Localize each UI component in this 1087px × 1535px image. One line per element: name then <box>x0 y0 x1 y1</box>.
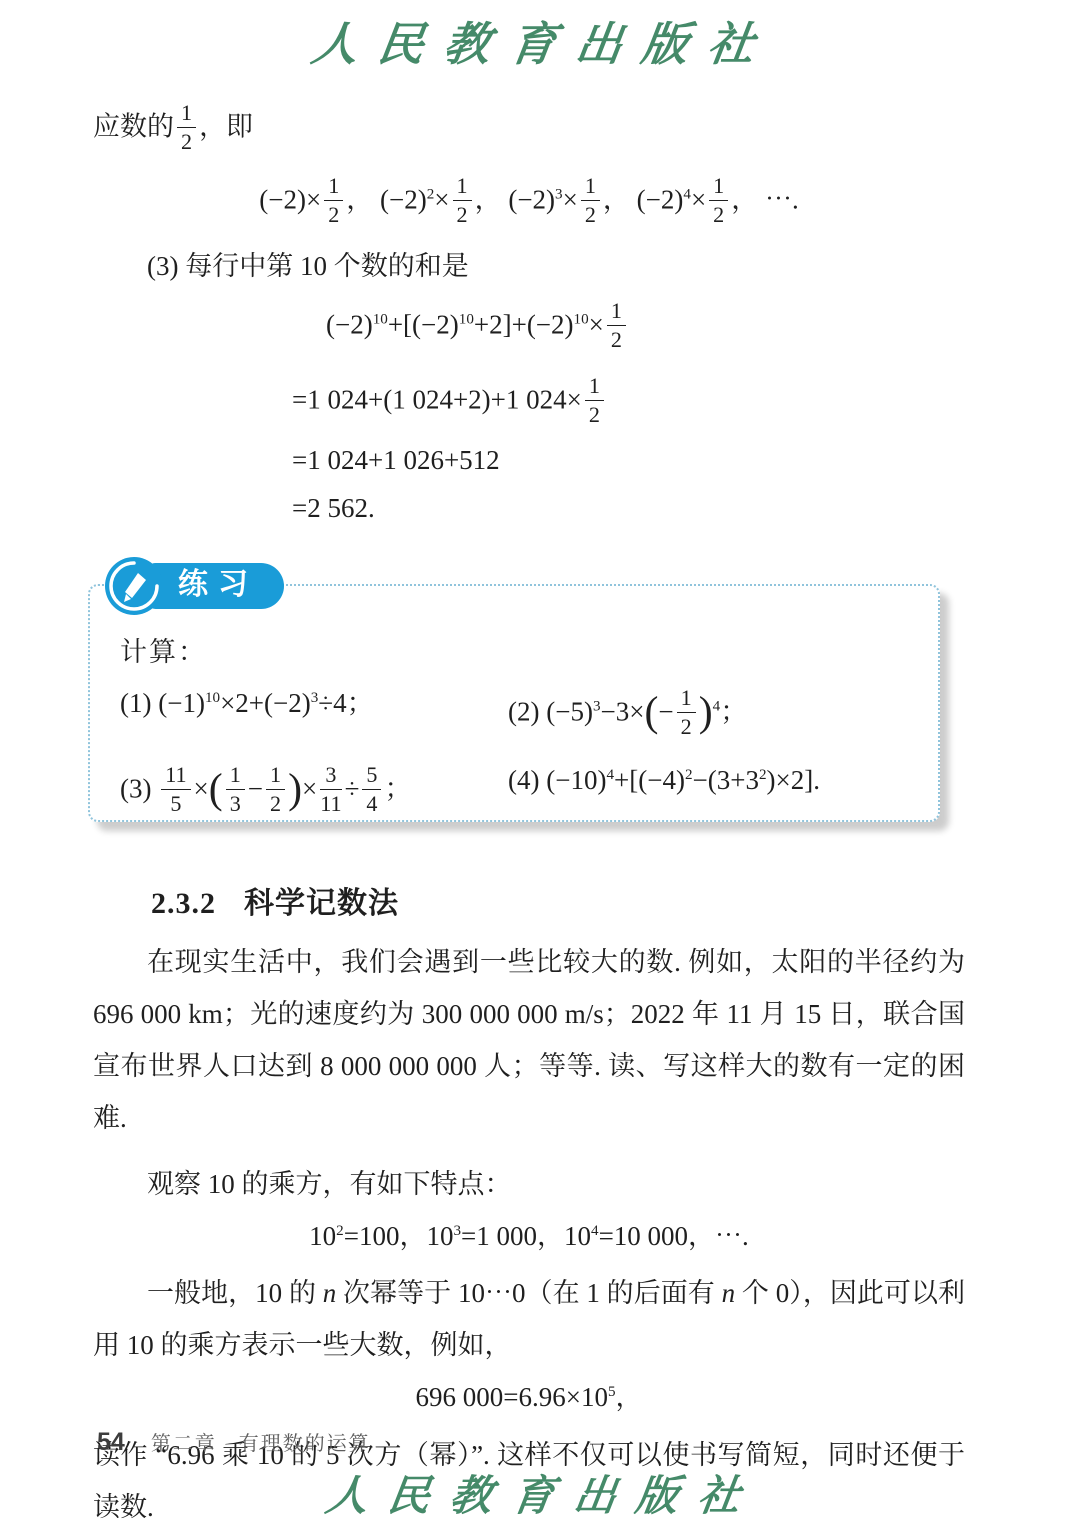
paragraph-observe-powers: 观察 10 的乘方，有如下特点： <box>93 1158 965 1210</box>
math-text: (−2)× <box>259 185 321 215</box>
math-text: (4) (−10) <box>508 765 606 795</box>
practice-item-4: (4) (−10)4+[(−4)2−(3+32)×2]. <box>508 764 938 815</box>
italic-var: n <box>323 1278 337 1308</box>
math-text: ×2+(−2) <box>220 688 311 718</box>
math-text: (−2) <box>326 309 373 339</box>
exponent: 10 <box>205 690 220 706</box>
math-text: (2) (−5) <box>508 696 593 726</box>
equation-line-1: (−2)10+[(−2)10+2]+(−2)10×12 <box>292 300 965 351</box>
fraction: 12 <box>607 300 626 351</box>
math-text: − <box>658 696 673 726</box>
fraction: 54 <box>362 764 381 815</box>
exponent: 3 <box>555 187 563 203</box>
math-text: ， (−2) <box>475 185 555 215</box>
math-text: =100，10 <box>344 1221 454 1251</box>
big-paren: ) <box>699 689 713 735</box>
chapter-title: 第二章 有理数的运算 <box>151 1427 371 1456</box>
math-text: 应数的 <box>93 111 174 141</box>
fraction: 12 <box>709 175 728 226</box>
fraction: 12 <box>585 375 604 426</box>
math-text: ； <box>384 773 411 803</box>
math-text: =1 000，10 <box>461 1221 591 1251</box>
practice-item-3: (3) 115×(13−12)×311÷54； <box>120 764 508 815</box>
pencil-in-circle-icon <box>104 556 164 616</box>
math-text: 一般地，10 的 <box>147 1278 323 1308</box>
math-text: × <box>194 773 209 803</box>
fraction: 12 <box>266 764 285 815</box>
big-paren: ) <box>288 766 302 812</box>
big-paren: ( <box>644 689 658 735</box>
practice-item-1: (1) (−1)10×2+(−2)3÷4； <box>120 687 508 738</box>
math-text: ； <box>720 696 747 726</box>
math-text: × <box>302 773 317 803</box>
math-text: (1) (−1) <box>120 688 205 718</box>
exponent: 2 <box>336 1223 344 1239</box>
math-text: 696 000=6.96×10 <box>415 1382 607 1412</box>
page-footer: 54 第二章 有理数的运算 <box>97 1427 371 1457</box>
exponent: 2 <box>759 767 767 783</box>
math-text: ， (−2) <box>603 185 683 215</box>
math-text: =1 024+(1 024+2)+1 024× <box>292 384 582 414</box>
practice-prompt: 计算： <box>120 630 938 669</box>
big-paren: ( <box>209 766 223 812</box>
practice-box: 练习 计算： (1) (−1)10×2+(−2)3÷4； (2) (−5)3−3… <box>88 584 940 822</box>
math-text: +[(−2) <box>388 309 459 339</box>
exponent: 4 <box>683 187 691 203</box>
section-heading: 2.3.2科学记数法 <box>151 878 965 922</box>
math-text: × <box>589 309 604 339</box>
fraction: 12 <box>677 687 696 738</box>
math-text: (3) <box>120 773 158 803</box>
math-text: ， ⋯. <box>731 185 799 215</box>
exponent: 4 <box>606 767 614 783</box>
math-text: 次幂等于 10⋯0（在 1 的后面有 <box>336 1278 721 1308</box>
math-text: −3× <box>601 696 645 726</box>
exponent: 10 <box>574 311 589 327</box>
equation-line-3: =1 024+1 026+512 <box>292 444 965 478</box>
math-text: ，即 <box>199 111 253 141</box>
math-text: ， (−2) <box>346 185 426 215</box>
exponent: 2 <box>685 767 693 783</box>
paragraph-large-numbers: 在现实生活中，我们会遇到一些比较大的数. 例如，太阳的半径约为 696 000 … <box>93 936 965 1144</box>
practice-items: (1) (−1)10×2+(−2)3÷4； (2) (−5)3−3×(−12)4… <box>120 687 938 816</box>
page-content: 应数的12，即 (−2)×12， (−2)2×12， (−2)3×12， (−2… <box>93 102 965 1533</box>
equation-line-2: =1 024+(1 024+2)+1 024×12 <box>292 375 965 426</box>
math-text: +2]+(−2) <box>474 309 574 339</box>
math-text: × <box>563 185 578 215</box>
math-text: × <box>434 185 449 215</box>
scientific-notation-formula: 696 000=6.96×105， <box>93 1381 965 1415</box>
exponent: 5 <box>608 1384 616 1400</box>
math-text: × <box>691 185 706 215</box>
fraction: 12 <box>453 175 472 226</box>
italic-var: n <box>722 1278 736 1308</box>
intro-line: 应数的12，即 <box>93 102 965 153</box>
math-text: ÷4； <box>318 688 373 718</box>
section-number: 2.3.2 <box>151 887 216 920</box>
math-text: −(3+3 <box>693 765 759 795</box>
sequence-line: (−2)×12， (−2)2×12， (−2)3×12， (−2)4×12， ⋯… <box>93 175 965 226</box>
exponent: 10 <box>459 311 474 327</box>
practice-badge-label: 练习 <box>146 563 284 609</box>
solution-equations: (−2)10+[(−2)10+2]+(−2)10×12 =1 024+(1 02… <box>292 300 965 526</box>
page-number: 54 <box>97 1428 125 1457</box>
math-text: ÷ <box>345 773 360 803</box>
paragraph-general-rule: 一般地，10 的 n 次幂等于 10⋯0（在 1 的后面有 n 个 0），因此可… <box>93 1267 965 1371</box>
math-text: =10 000，⋯. <box>599 1221 749 1251</box>
math-text: +[(−4) <box>614 765 685 795</box>
exponent: 3 <box>453 1223 461 1239</box>
publisher-watermark-bottom: 人民教育出版社 <box>0 1463 1087 1523</box>
math-text: 10 <box>309 1221 336 1251</box>
fraction: 13 <box>226 764 245 815</box>
equation-line-4: =2 562. <box>292 492 965 526</box>
textbook-page: 人民教育出版社 应数的12，即 (−2)×12， (−2)2×12， (−2)3… <box>0 0 1087 1535</box>
exponent: 3 <box>593 698 601 714</box>
exponent: 4 <box>591 1223 599 1239</box>
powers-of-ten-line: 102=100，103=1 000，104=10 000，⋯. <box>93 1220 965 1254</box>
fraction: 12 <box>324 175 343 226</box>
exponent: 10 <box>373 311 388 327</box>
publisher-watermark-top: 人民教育出版社 <box>0 8 1087 74</box>
fraction: 12 <box>177 102 196 153</box>
math-text: ， <box>616 1382 643 1412</box>
math-text: )×2]. <box>767 765 820 795</box>
fraction: 12 <box>581 175 600 226</box>
item-3-label: (3) 每行中第 10 个数的和是 <box>93 249 965 284</box>
practice-item-2: (2) (−5)3−3×(−12)4； <box>508 687 938 738</box>
fraction: 115 <box>161 764 190 815</box>
practice-badge: 练习 <box>104 556 284 616</box>
fraction: 311 <box>320 764 341 815</box>
section-title: 科学记数法 <box>244 887 399 920</box>
math-text: − <box>248 773 263 803</box>
